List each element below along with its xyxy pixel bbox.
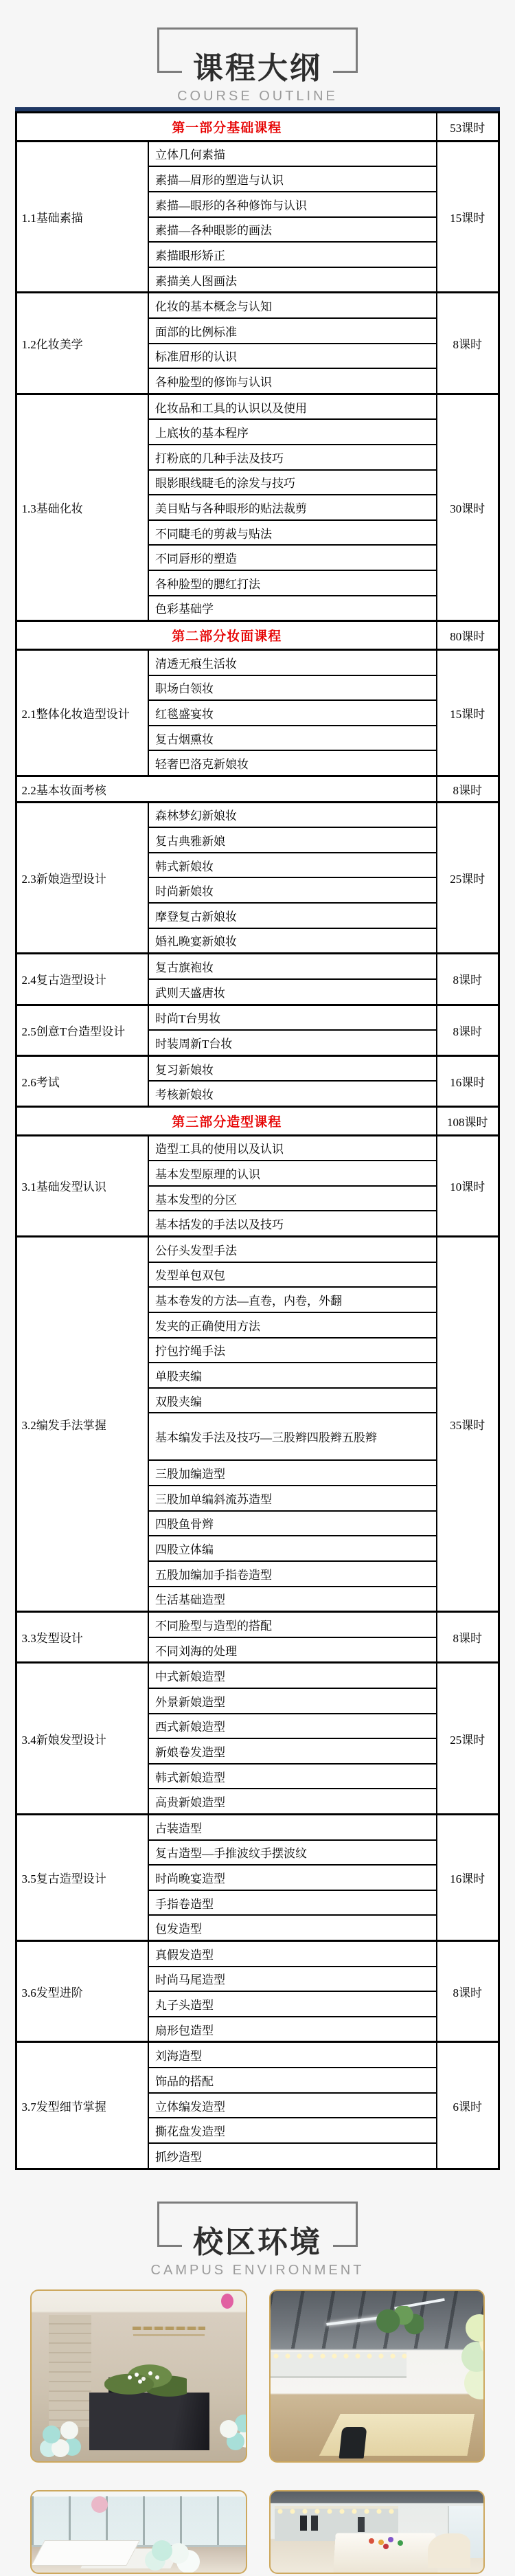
course-item-cell: 饰品的搭配 [148, 2068, 437, 2093]
course-item-cell: 基本发型原理的认识 [148, 1161, 437, 1186]
course-item-cell: 美目贴与各种眼形的贴法裁剪 [148, 495, 437, 520]
page-subtitle: COURSE OUTLINE [0, 89, 515, 103]
category-cell: 2.2基本妆面考核 [16, 776, 437, 803]
course-item-cell: 复古旗袍妆 [148, 954, 437, 979]
course-item-cell: 复古烟熏妆 [148, 726, 437, 751]
category-cell: 1.3基础化妆 [16, 394, 148, 620]
group-hours: 25课时 [437, 802, 499, 954]
category-cell: 3.2编发手法掌握 [16, 1237, 148, 1612]
course-outline-header: 课程大纲 COURSE OUTLINE [0, 0, 515, 103]
course-item-cell: 古装造型 [148, 1815, 437, 1840]
category-cell: 3.4新娘发型设计 [16, 1663, 148, 1815]
course-item-cell: 各种脸型的腮红打法 [148, 570, 437, 596]
course-item-cell: 不同脸型与造型的搭配 [148, 1612, 437, 1637]
group-hours: 35课时 [437, 1237, 499, 1612]
table-row: 2.6考试复习新娘妆16课时 [16, 1055, 499, 1081]
course-item-cell: 公仔头发型手法 [148, 1237, 437, 1262]
section-title: 第二部分妆面课程 [16, 621, 437, 650]
table-row: 3.1基础发型认识造型工具的使用以及认识10课时 [16, 1135, 499, 1161]
course-item-cell: 素描眼形矫正 [148, 242, 437, 267]
training-room-photo [269, 2490, 485, 2574]
course-item-cell: 时装周新T台妆 [148, 1030, 437, 1055]
group-hours: 8课时 [437, 954, 499, 1005]
course-item-cell: 撕花盘发造型 [148, 2118, 437, 2143]
table-row: 3.5复古造型设计古装造型16课时 [16, 1815, 499, 1840]
course-item-cell: 单股夹编 [148, 1363, 437, 1388]
group-hours: 25课时 [437, 1663, 499, 1815]
course-item-cell: 标准眉形的认识 [148, 344, 437, 369]
group-hours: 8课时 [437, 293, 499, 394]
section-hours: 108课时 [437, 1106, 499, 1135]
group-hours: 16课时 [437, 1055, 499, 1106]
course-item-cell: 武则天盛唐妆 [148, 979, 437, 1005]
course-item-cell: 造型工具的使用以及认识 [148, 1135, 437, 1161]
category-cell: 3.6发型进阶 [16, 1941, 148, 2042]
course-item-cell: 基本卷发的方法—直卷，内卷，外翻 [148, 1287, 437, 1312]
course-item-cell: 中式新娘造型 [148, 1663, 437, 1688]
course-item-cell: 不同刘海的处理 [148, 1637, 437, 1663]
group-hours: 8课时 [437, 776, 499, 803]
course-item-cell: 眼影眼线睫毛的涂发与技巧 [148, 470, 437, 495]
course-item-cell: 韩式新娘造型 [148, 1764, 437, 1789]
section-title: 第三部分造型课程 [16, 1106, 437, 1135]
course-item-cell: 考核新娘妆 [148, 1081, 437, 1106]
course-item-cell: 手指卷造型 [148, 1890, 437, 1916]
page: { "course_header": { "title": "课程大纲", "s… [0, 0, 515, 2576]
course-item-cell: 上底妆的基本程序 [148, 419, 437, 445]
group-hours: 8课时 [437, 1612, 499, 1663]
course-item-cell: 立体编发造型 [148, 2093, 437, 2118]
course-item-cell: 基本括发的手法以及技巧 [148, 1211, 437, 1236]
course-item-cell: 化妆的基本概念与认知 [148, 293, 437, 318]
group-hours: 15课时 [437, 649, 499, 776]
course-item-cell: 清透无痕生活妆 [148, 649, 437, 675]
course-item-cell: 拧包拧绳手法 [148, 1338, 437, 1363]
category-cell: 2.6考试 [16, 1055, 148, 1106]
hanging-plant-shape [373, 2306, 424, 2336]
section-hours: 80课时 [437, 621, 499, 650]
course-item-cell: 各种脸型的修饰与认识 [148, 368, 437, 394]
course-item-cell: 双股夹编 [148, 1388, 437, 1413]
category-cell: 2.5创意T台造型设计 [16, 1005, 148, 1055]
cloth-table-shape [333, 2533, 438, 2574]
balloon-cluster-right [220, 2420, 238, 2438]
category-cell: 1.2化妆美学 [16, 293, 148, 394]
course-item-cell: 高贵新娘造型 [148, 1789, 437, 1814]
category-cell: 2.3新娘造型设计 [16, 802, 148, 954]
chair-shape [339, 2427, 367, 2459]
course-item-cell: 不同唇形的塑造 [148, 545, 437, 570]
course-item-cell: 摩登复古新娘妆 [148, 903, 437, 928]
title-bracket-frame: 课程大纲 [157, 27, 358, 73]
mirror-reflection-shape [300, 2516, 307, 2531]
course-item-cell: 面部的比例标准 [148, 318, 437, 344]
page-title: 课程大纲 [182, 53, 333, 85]
course-item-cell: 基本编发手法及技巧—三股辫四股辫五股辫 [148, 1413, 437, 1460]
window-wall-shape [32, 2496, 246, 2547]
course-item-cell: 婚礼晚宴新娘妆 [148, 928, 437, 954]
mirror-lights-shape [271, 2352, 407, 2378]
course-item-cell: 复古典雅新娘 [148, 827, 437, 853]
section-title: 第一部分基础课程 [16, 113, 437, 142]
table-row: 3.2编发手法掌握公仔头发型手法35课时 [16, 1237, 499, 1262]
balloon-cluster-left [43, 2426, 60, 2443]
table-row: 1.1基础素描立体几何素描15课时 [16, 141, 499, 166]
table-row: 3.4新娘发型设计中式新娘造型25课时 [16, 1663, 499, 1688]
course-item-cell: 基本发型的分区 [148, 1186, 437, 1211]
plant-shape [104, 2360, 187, 2400]
category-cell: 3.5复古造型设计 [16, 1815, 148, 1941]
course-table-body: 第一部分基础课程53课时1.1基础素描立体几何素描15课时素描—眉形的塑造与认识… [16, 113, 499, 2169]
course-item-cell: 复习新娘妆 [148, 1055, 437, 1081]
campus-subtitle: CAMPUS ENVIRONMENT [0, 2263, 515, 2277]
category-cell: 3.1基础发型认识 [16, 1135, 148, 1236]
course-item-cell: 韩式新娘妆 [148, 853, 437, 878]
balloon-cluster-shape [152, 2540, 172, 2561]
reception-desk-shape [89, 2393, 209, 2450]
category-cell: 2.1整体化妆造型设计 [16, 649, 148, 776]
course-item-cell: 四股立体编 [148, 1536, 437, 1561]
category-cell: 3.3发型设计 [16, 1612, 148, 1663]
campus-photo-grid [0, 2289, 515, 2574]
table-row: 2.1整体化妆造型设计清透无痕生活妆15课时 [16, 649, 499, 675]
table-row: 2.5创意T台造型设计时尚T台男妆8课时 [16, 1005, 499, 1030]
course-item-cell: 丸子头造型 [148, 1991, 437, 2017]
course-item-cell: 刘海造型 [148, 2042, 437, 2068]
course-table-wrapper: 第一部分基础课程53课时1.1基础素描立体几何素描15课时素描—眉形的塑造与认识… [15, 107, 500, 2170]
course-item-cell: 素描—眉形的塑造与认识 [148, 166, 437, 192]
course-item-cell: 包发造型 [148, 1915, 437, 1940]
course-item-cell: 色彩基础学 [148, 596, 437, 621]
course-item-cell: 发夹的正确使用方法 [148, 1312, 437, 1338]
wall-panel-shape [49, 2315, 91, 2428]
table-row: 3.6发型进阶真假发造型8课时 [16, 1941, 499, 1967]
course-item-cell: 真假发造型 [148, 1941, 437, 1967]
course-item-cell: 三股加单编斜流苏造型 [148, 1486, 437, 1511]
course-item-cell: 发型单包双包 [148, 1262, 437, 1288]
group-hours: 30课时 [437, 394, 499, 620]
course-item-cell: 不同睫毛的剪裁与贴法 [148, 520, 437, 546]
section-header-row: 第二部分妆面课程80课时 [16, 621, 499, 650]
course-item-cell: 素描—眼形的各种修饰与认识 [148, 192, 437, 217]
course-item-cell: 五股加编加手指卷造型 [148, 1561, 437, 1587]
campus-environment-header: 校区环境 CAMPUS ENVIRONMENT [0, 2202, 515, 2277]
section-header-row: 第一部分基础课程53课时 [16, 113, 499, 142]
table-row: 3.3发型设计不同脸型与造型的搭配8课时 [16, 1612, 499, 1637]
course-item-cell: 复古造型—手推波纹手摆波纹 [148, 1840, 437, 1866]
group-hours: 15课时 [437, 141, 499, 293]
category-cell: 2.4复古造型设计 [16, 954, 148, 1005]
category-cell: 3.7发型细节掌握 [16, 2042, 148, 2169]
white-tables-shape [31, 2540, 140, 2566]
group-hours: 8课时 [437, 1941, 499, 2042]
course-item-cell: 化妆品和工具的认识以及使用 [148, 394, 437, 419]
course-table: 第一部分基础课程53课时1.1基础素描立体几何素描15课时素描—眉形的塑造与认识… [15, 111, 499, 2170]
course-item-cell: 森林梦幻新娘妆 [148, 802, 437, 827]
group-hours: 8课时 [437, 1005, 499, 1055]
course-item-cell: 时尚马尾造型 [148, 1967, 437, 1992]
group-hours: 16课时 [437, 1815, 499, 1941]
snack-plates-shape [369, 2538, 374, 2544]
course-item-cell: 三股加编造型 [148, 1460, 437, 1486]
course-item-cell: 生活基础造型 [148, 1587, 437, 1612]
wall-logo-shape [133, 2327, 205, 2330]
title-bracket-frame: 校区环境 [157, 2202, 358, 2247]
course-item-cell: 四股鱼骨辫 [148, 1511, 437, 1536]
course-item-cell: 红毯盛宴妆 [148, 700, 437, 726]
course-item-cell: 轻奢巴洛克新娘妆 [148, 750, 437, 776]
category-cell: 1.1基础素描 [16, 141, 148, 293]
course-item-cell: 素描美人图画法 [148, 267, 437, 293]
table-row: 1.3基础化妆化妆品和工具的认识以及使用30课时 [16, 394, 499, 419]
course-item-cell: 时尚新娘妆 [148, 877, 437, 903]
course-item-cell: 外景新娘造型 [148, 1688, 437, 1714]
campus-title: 校区环境 [182, 2227, 333, 2259]
course-item-cell: 新娘卷发造型 [148, 1738, 437, 1764]
course-item-cell: 抓纱造型 [148, 2143, 437, 2169]
group-hours: 10课时 [437, 1135, 499, 1236]
pink-balloon-shape [221, 2294, 233, 2309]
course-item-cell: 打粉底的几种手法及技巧 [148, 445, 437, 470]
course-item-cell: 素描—各种眼影的画法 [148, 217, 437, 243]
section-hours: 53课时 [437, 113, 499, 142]
table-row: 2.2基本妆面考核8课时 [16, 776, 499, 803]
course-item-cell: 西式新娘造型 [148, 1714, 437, 1739]
drape-shape [428, 2533, 470, 2568]
course-item-cell: 时尚晚宴造型 [148, 1865, 437, 1890]
table-row: 2.4复古造型设计复古旗袍妆8课时 [16, 954, 499, 979]
course-item-cell: 职场白领妆 [148, 675, 437, 701]
course-item-cell: 时尚T台男妆 [148, 1005, 437, 1030]
mirror-classroom-photo [269, 2289, 485, 2463]
course-item-cell: 扇形包造型 [148, 2017, 437, 2042]
table-row: 2.3新娘造型设计森林梦幻新娘妆25课时 [16, 802, 499, 827]
section-header-row: 第三部分造型课程108课时 [16, 1106, 499, 1135]
table-row: 1.2化妆美学化妆的基本概念与认知8课时 [16, 293, 499, 318]
window-classroom-photo [30, 2490, 247, 2574]
reception-area-photo [30, 2289, 247, 2463]
table-row: 3.7发型细节掌握刘海造型6课时 [16, 2042, 499, 2068]
course-item-cell: 立体几何素描 [148, 141, 437, 166]
group-hours: 6课时 [437, 2042, 499, 2169]
